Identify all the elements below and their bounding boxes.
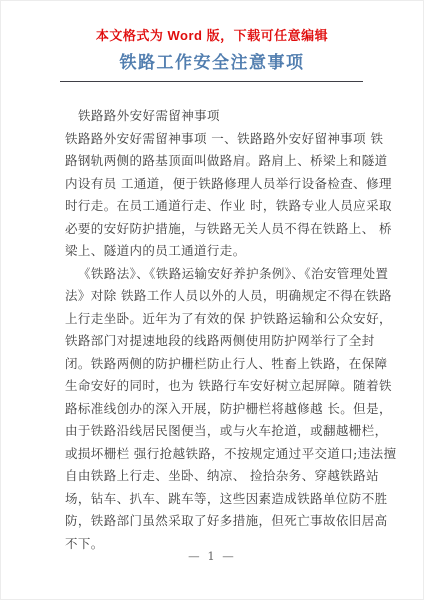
document-body: 铁路路外安好需留神事项 铁路路外安好需留神事项 一、铁路路外安好留神事项 铁 路… <box>65 105 363 555</box>
body-line: 自由铁路上行走、坐卧、纳凉、 捡拾杂务、穿越铁路站 <box>65 465 363 488</box>
document-title: 铁路工作安全注意事项 <box>1 51 423 75</box>
word-download-notice: 本文格式为 Word 版，下载可任意编辑 <box>1 27 423 45</box>
body-line: 铁路路外安好需留神事项 <box>65 105 363 128</box>
body-line: 上行走坐卧。近年为了有效的保 护铁路运输和公众安好， <box>65 308 363 331</box>
body-line: 路钢轨两侧的路基顶面叫做路肩。路肩上、桥梁上和隧道 <box>65 150 363 173</box>
body-line: 法》对除 铁路工作人员以外的人员，明确规定不得在铁路 <box>65 285 363 308</box>
body-line: 时行走。在员工通道行走、作业 时，铁路专业人员应采取 <box>65 195 363 218</box>
body-line: 场，钻车、扒车、跳车等，这些因素造成铁路单位防不胜 <box>65 488 363 511</box>
body-line: 内设有员 工通道，便于铁路修理人员举行设备检查、修理 <box>65 173 363 196</box>
body-line: 由于铁路沿线居民图便当，或与火车抢道，或翻越栅栏， <box>65 420 363 443</box>
body-line: 铁路部门对提速地段的线路两侧使用防护网举行了全封 <box>65 330 363 353</box>
body-line: 铁路路外安好需留神事项 一、铁路路外安好留神事项 铁 <box>65 128 363 151</box>
body-line: 《铁路法》、《铁路运输安好养护条例》、《治安管理处置 <box>65 263 363 286</box>
document-page: 本文格式为 Word 版，下载可任意编辑 铁路工作安全注意事项 铁路路外安好需留… <box>0 0 424 600</box>
body-line: 生命安好的同时，也为 铁路行车安好树立起屏障。随着铁 <box>65 375 363 398</box>
page-number: — 1 — <box>1 548 423 564</box>
body-line: 路标准线创办的深入开展，防护栅栏将越修越 长。但是， <box>65 398 363 421</box>
body-line: 梁上、隧道内的员工通道行走。 <box>65 240 363 263</box>
body-line: 必要的安好防护措施，与铁路无关人员不得在铁路上、 桥 <box>65 218 363 241</box>
body-line: 闭。铁路两侧的防护栅栏防止行人、牲畜上铁路，在保障 <box>65 353 363 376</box>
title-divider-rule <box>60 81 363 82</box>
body-line: 防，铁路部门虽然采取了好多措施，但死亡事故依旧居高 <box>65 510 363 533</box>
body-line: 或损坏栅栏 强行抢越铁路，不按规定通过平交道口;违法擅 <box>65 443 363 466</box>
